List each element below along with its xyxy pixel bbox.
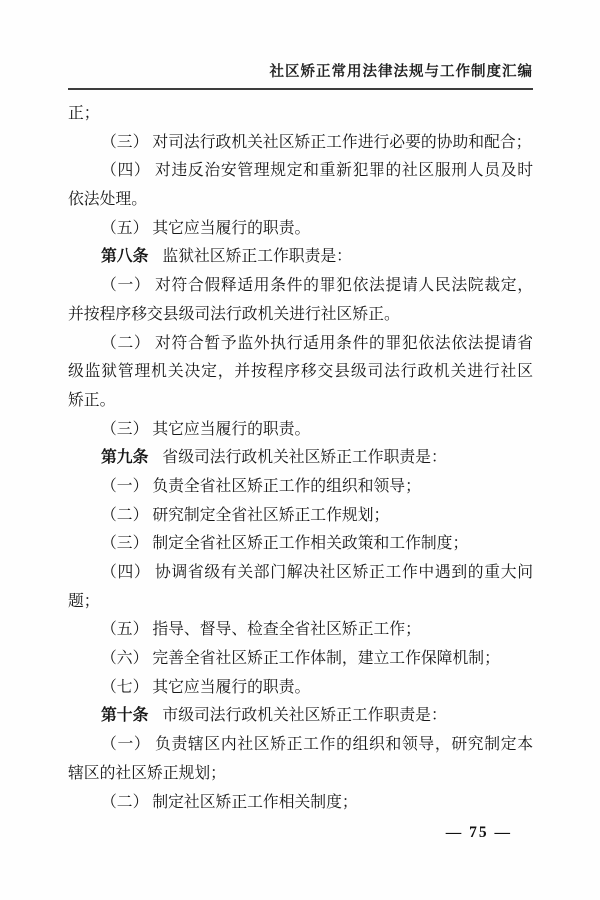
line-text: 题；: [68, 593, 100, 610]
line-text: 辖区的社区矫正规划；: [68, 765, 226, 782]
line-text: （二） 制定社区矫正工作相关制度；: [101, 794, 358, 811]
text-line: （三） 对司法行政机关社区矫正工作进行必要的协助和配合；: [68, 129, 533, 158]
header-title: 社区矫正常用法律法规与工作制度汇编: [270, 64, 534, 80]
text-line: （二） 制定社区矫正工作相关制度；: [68, 789, 533, 818]
line-text: （一） 对符合假释适用条件的罪犯依法提请人民法院裁定，: [101, 277, 533, 294]
text-line: （三） 制定全省社区矫正工作相关政策和工作制度；: [68, 530, 533, 559]
text-line: （五） 其它应当履行的职责。: [68, 215, 533, 244]
line-text: （四） 对违反治安管理规定和重新犯罪的社区服刑人员及时: [101, 162, 533, 179]
line-text: （四） 协调省级有关部门解决社区矫正工作中遇到的重大问: [101, 564, 533, 581]
line-text: （三） 其它应当履行的职责。: [101, 421, 310, 438]
text-line: 依法处理。: [68, 186, 533, 215]
document-page: 社区矫正常用法律法规与工作制度汇编 正；（三） 对司法行政机关社区矫正工作进行必…: [0, 0, 600, 900]
article-number: 第八条: [101, 248, 148, 265]
page-footer: — 75 —: [68, 824, 512, 842]
text-line: （一） 负责辖区内社区矫正工作的组织和领导，研究制定本: [68, 731, 533, 760]
text-line: （二） 对符合暂予监外执行适用条件的罪犯依法依法提请省: [68, 330, 533, 359]
text-line: 第八条监狱社区矫正工作职责是：: [68, 243, 533, 272]
line-text: （三） 制定全省社区矫正工作相关政策和工作制度；: [101, 535, 468, 552]
text-line: 矫正。: [68, 387, 533, 416]
text-line: （四） 协调省级有关部门解决社区矫正工作中遇到的重大问: [68, 559, 533, 588]
line-text: （二） 对符合暂予监外执行适用条件的罪犯依法依法提请省: [101, 335, 533, 352]
line-text: 并按程序移交县级司法行政机关进行社区矫正。: [68, 306, 400, 323]
line-text: （五） 其它应当履行的职责。: [101, 220, 310, 237]
line-text: 级监狱管理机关决定，并按程序移交县级司法行政机关进行社区: [68, 363, 533, 380]
line-text: （一） 负责辖区内社区矫正工作的组织和领导，研究制定本: [101, 736, 533, 753]
line-text: 正；: [68, 105, 100, 122]
page-header: 社区矫正常用法律法规与工作制度汇编: [68, 60, 533, 81]
line-text: 矫正。: [68, 392, 115, 409]
line-text: （三） 对司法行政机关社区矫正工作进行必要的协助和配合；: [101, 134, 531, 151]
article-number: 第九条: [101, 449, 148, 466]
line-text: （五） 指导、督导、检查全省社区矫正工作；: [101, 621, 421, 638]
text-line: （一） 负责全省社区矫正工作的组织和领导；: [68, 473, 533, 502]
text-line: （二） 研究制定全省社区矫正工作规划；: [68, 502, 533, 531]
article-number: 第十条: [101, 707, 148, 724]
text-line: （一） 对符合假释适用条件的罪犯依法提请人民法院裁定，: [68, 272, 533, 301]
text-line: 题；: [68, 588, 533, 617]
text-line: 第十条市级司法行政机关社区矫正工作职责是：: [68, 702, 533, 731]
document-body: 正；（三） 对司法行政机关社区矫正工作进行必要的协助和配合；（四） 对违反治安管…: [68, 100, 533, 817]
text-line: 级监狱管理机关决定，并按程序移交县级司法行政机关进行社区: [68, 358, 533, 387]
text-line: （三） 其它应当履行的职责。: [68, 416, 533, 445]
line-text: （七） 其它应当履行的职责。: [101, 679, 310, 696]
line-text: （二） 研究制定全省社区矫正工作规划；: [101, 507, 389, 524]
header-divider: [68, 88, 533, 90]
text-line: 正；: [68, 100, 533, 129]
line-text: 市级司法行政机关社区矫正工作职责是：: [162, 707, 446, 724]
page-number: — 75 —: [446, 824, 512, 841]
line-text: 依法处理。: [68, 191, 147, 208]
line-text: （一） 负责全省社区矫正工作的组织和领导；: [101, 478, 421, 495]
line-text: 省级司法行政机关社区矫正工作职责是：: [162, 449, 446, 466]
line-text: （六） 完善全省社区矫正工作体制，建立工作保障机制；: [101, 650, 500, 667]
text-line: （七） 其它应当履行的职责。: [68, 674, 533, 703]
text-line: （六） 完善全省社区矫正工作体制，建立工作保障机制；: [68, 645, 533, 674]
line-text: 监狱社区矫正工作职责是：: [162, 248, 352, 265]
text-line: （四） 对违反治安管理规定和重新犯罪的社区服刑人员及时: [68, 157, 533, 186]
text-line: 辖区的社区矫正规划；: [68, 760, 533, 789]
text-line: 第九条省级司法行政机关社区矫正工作职责是：: [68, 444, 533, 473]
text-line: （五） 指导、督导、检查全省社区矫正工作；: [68, 616, 533, 645]
text-line: 并按程序移交县级司法行政机关进行社区矫正。: [68, 301, 533, 330]
